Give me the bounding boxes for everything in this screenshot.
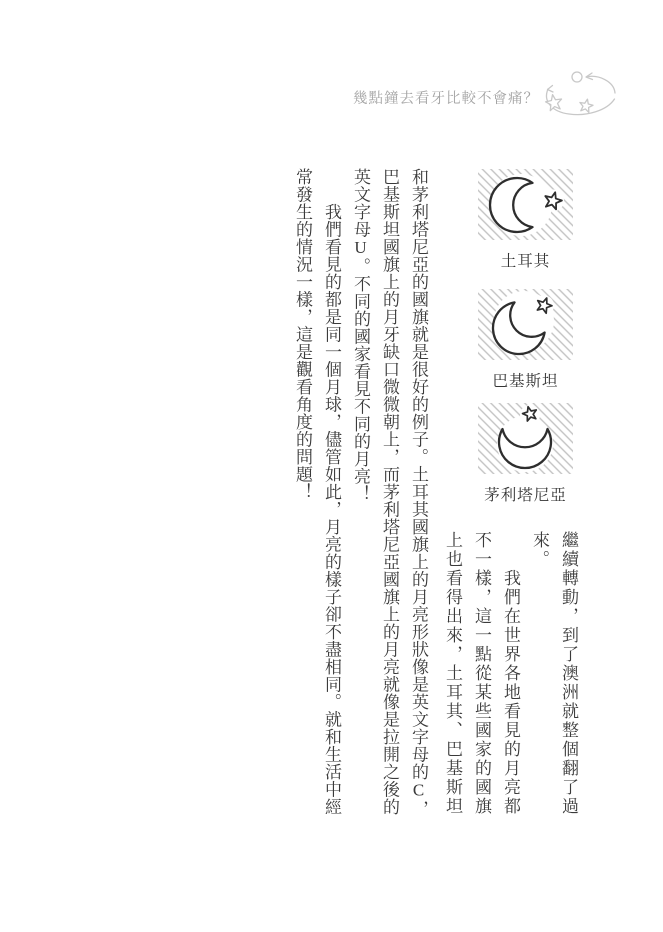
flag-caption-pakistan: 巴基斯坦 xyxy=(477,369,574,391)
chapter-header-title: 幾點鐘去看牙比較不會痛？ xyxy=(353,87,539,108)
text-column: 我們看見的都是同一個月球，儘管如此，月亮的樣子卻不盡相同。就和生活中經 xyxy=(317,168,346,824)
flag-caption-turkey: 土耳其 xyxy=(477,249,574,271)
text-column: 常發生的情況一樣，這是觀看角度的問題！ xyxy=(288,168,317,824)
pakistan-flag-sketch xyxy=(477,288,574,361)
text-column: 不一樣，這一點從某些國家的國旗 xyxy=(467,531,496,823)
text-column: 來。 xyxy=(525,531,554,823)
turkey-flag-sketch xyxy=(477,168,574,241)
text-column: 英文字母U。不同的國家看見不同的月亮！ xyxy=(346,168,375,824)
text-block-main: 和茅利塔尼亞的國旗就是很好的例子。土耳其國旗上的月亮形狀像是英文字母的C， 巴基… xyxy=(288,168,433,824)
stars-orbit-doodle-icon xyxy=(541,66,621,126)
flag-caption-mauritania: 茅利塔尼亞 xyxy=(477,483,574,505)
text-block-intro: 繼續轉動，到了澳洲就整個翻了過 來。 我們在世界各地看見的月亮都 不一樣，這一點… xyxy=(438,531,583,823)
flag-figure-mauritania: 茅利塔尼亞 xyxy=(477,402,574,505)
text-column: 巴基斯坦國旗上的月牙缺口微微朝上，而茅利塔尼亞國旗上的月亮就像是拉開之後的 xyxy=(375,168,404,824)
text-column: 繼續轉動，到了澳洲就整個翻了過 xyxy=(554,531,583,823)
text-column: 上也看得出來，土耳其、巴基斯坦 xyxy=(438,531,467,823)
text-column: 和茅利塔尼亞的國旗就是很好的例子。土耳其國旗上的月亮形狀像是英文字母的C， xyxy=(404,168,433,824)
text-column: 我們在世界各地看見的月亮都 xyxy=(496,531,525,823)
flag-figure-pakistan: 巴基斯坦 xyxy=(477,288,574,391)
book-page: 幾點鐘去看牙比較不會痛？ 土耳其 xyxy=(0,0,663,932)
mauritania-flag-sketch xyxy=(477,402,574,475)
flag-figure-turkey: 土耳其 xyxy=(477,168,574,271)
